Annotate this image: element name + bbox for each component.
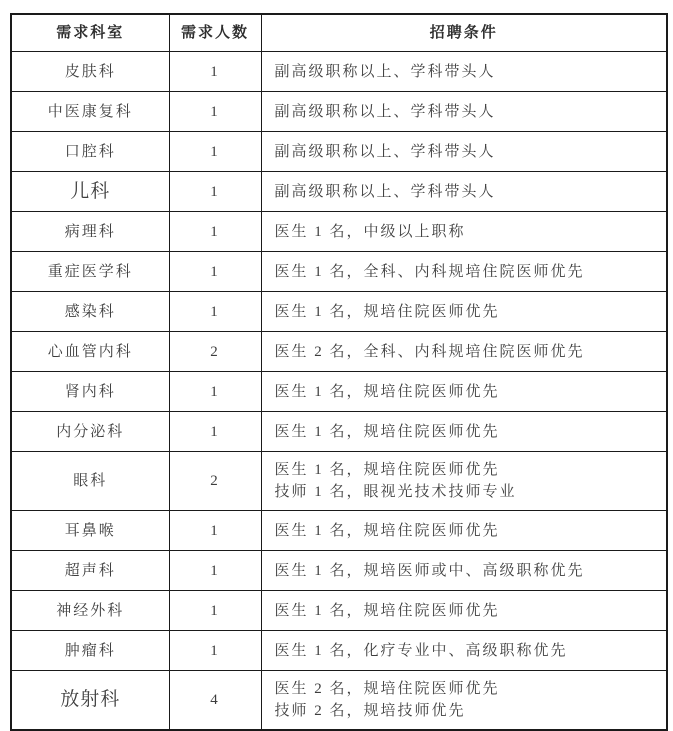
table-row: 放射科4医生 2 名，规培住院医师优先技师 2 名，规培技师优先: [11, 671, 667, 688]
department-cell: 口腔科: [11, 132, 169, 172]
condition-line: 医生 2 名，全科、内科规培住院医师优先: [275, 341, 659, 363]
department-cell: 肾内科: [11, 372, 169, 412]
recruitment-table: 需求科室 需求人数 招聘条件 皮肤科1副高级职称以上、学科带头人中医康复科1副高…: [10, 13, 668, 687]
condition-line: 副高级职称以上、学科带头人: [275, 101, 659, 123]
count-cell: 1: [169, 212, 261, 252]
department-cell: 感染科: [11, 292, 169, 332]
department-cell: 心血管内科: [11, 332, 169, 372]
department-cell: 重症医学科: [11, 252, 169, 292]
condition-line: 技师 1 名，眼视光技术技师专业: [275, 481, 659, 503]
table-row: 耳鼻喉1医生 1 名，规培住院医师优先: [11, 511, 667, 551]
table-row: 超声科1医生 1 名，规培医师或中、高级职称优先: [11, 551, 667, 591]
table-row: 肿瘤科1医生 1 名，化疗专业中、高级职称优先: [11, 631, 667, 671]
department-cell: 耳鼻喉: [11, 511, 169, 551]
table-header-row: 需求科室 需求人数 招聘条件: [11, 14, 667, 52]
table-body: 皮肤科1副高级职称以上、学科带头人中医康复科1副高级职称以上、学科带头人口腔科1…: [11, 52, 667, 688]
conditions-cell: 医生 1 名，规培住院医师优先: [261, 511, 667, 551]
condition-line: 医生 1 名，规培住院医师优先: [275, 301, 659, 323]
condition-line: 医生 2 名，规培住院医师优先: [275, 678, 659, 687]
conditions-cell: 医生 1 名，化疗专业中、高级职称优先: [261, 631, 667, 671]
table-row: 内分泌科1医生 1 名，规培住院医师优先: [11, 412, 667, 452]
department-cell: 眼科: [11, 452, 169, 511]
conditions-cell: 医生 1 名，规培住院医师优先技师 1 名，眼视光技术技师专业: [261, 452, 667, 511]
conditions-cell: 医生 1 名，规培住院医师优先: [261, 292, 667, 332]
department-cell: 放射科: [11, 671, 169, 688]
count-cell: 1: [169, 591, 261, 631]
table-row: 感染科1医生 1 名，规培住院医师优先: [11, 292, 667, 332]
condition-line: 医生 1 名，中级以上职称: [275, 221, 659, 243]
condition-line: 医生 1 名，化疗专业中、高级职称优先: [275, 640, 659, 662]
condition-line: 副高级职称以上、学科带头人: [275, 61, 659, 83]
table-row: 眼科2医生 1 名，规培住院医师优先技师 1 名，眼视光技术技师专业: [11, 452, 667, 511]
table-row: 口腔科1副高级职称以上、学科带头人: [11, 132, 667, 172]
table-row: 重症医学科1医生 1 名，全科、内科规培住院医师优先: [11, 252, 667, 292]
condition-line: 医生 1 名，全科、内科规培住院医师优先: [275, 261, 659, 283]
count-cell: 1: [169, 172, 261, 212]
department-cell: 病理科: [11, 212, 169, 252]
department-cell: 内分泌科: [11, 412, 169, 452]
count-cell: 4: [169, 671, 261, 688]
count-cell: 1: [169, 132, 261, 172]
table-row: 心血管内科2医生 2 名，全科、内科规培住院医师优先: [11, 332, 667, 372]
table-row: 中医康复科1副高级职称以上、学科带头人: [11, 92, 667, 132]
conditions-cell: 医生 1 名，规培住院医师优先: [261, 412, 667, 452]
condition-line: 副高级职称以上、学科带头人: [275, 181, 659, 203]
count-cell: 2: [169, 332, 261, 372]
table-row: 皮肤科1副高级职称以上、学科带头人: [11, 52, 667, 92]
conditions-cell: 副高级职称以上、学科带头人: [261, 92, 667, 132]
count-cell: 1: [169, 372, 261, 412]
count-cell: 1: [169, 412, 261, 452]
condition-line: 医生 1 名，规培住院医师优先: [275, 520, 659, 542]
count-cell: 1: [169, 92, 261, 132]
conditions-cell: 副高级职称以上、学科带头人: [261, 172, 667, 212]
count-cell: 1: [169, 551, 261, 591]
header-department: 需求科室: [11, 14, 169, 52]
condition-line: 医生 1 名，规培住院医师优先: [275, 459, 659, 481]
department-cell: 神经外科: [11, 591, 169, 631]
department-cell: 皮肤科: [11, 52, 169, 92]
count-cell: 2: [169, 452, 261, 511]
department-cell: 中医康复科: [11, 92, 169, 132]
condition-line: 医生 1 名，规培医师或中、高级职称优先: [275, 560, 659, 582]
department-cell: 超声科: [11, 551, 169, 591]
condition-line: 副高级职称以上、学科带头人: [275, 141, 659, 163]
conditions-cell: 医生 1 名，全科、内科规培住院医师优先: [261, 252, 667, 292]
condition-line: 医生 1 名，规培住院医师优先: [275, 421, 659, 443]
conditions-cell: 医生 1 名，规培住院医师优先: [261, 372, 667, 412]
conditions-cell: 医生 2 名，规培住院医师优先技师 2 名，规培技师优先: [261, 671, 667, 688]
count-cell: 1: [169, 511, 261, 551]
table-row: 肾内科1医生 1 名，规培住院医师优先: [11, 372, 667, 412]
count-cell: 1: [169, 252, 261, 292]
header-count: 需求人数: [169, 14, 261, 52]
condition-line: 医生 1 名，规培住院医师优先: [275, 600, 659, 622]
count-cell: 1: [169, 52, 261, 92]
table-row: 神经外科1医生 1 名，规培住院医师优先: [11, 591, 667, 631]
condition-line: 医生 1 名，规培住院医师优先: [275, 381, 659, 403]
count-cell: 1: [169, 292, 261, 332]
header-conditions: 招聘条件: [261, 14, 667, 52]
table-row: 病理科1医生 1 名，中级以上职称: [11, 212, 667, 252]
department-cell: 肿瘤科: [11, 631, 169, 671]
conditions-cell: 副高级职称以上、学科带头人: [261, 52, 667, 92]
table-row: 儿科1副高级职称以上、学科带头人: [11, 172, 667, 212]
conditions-cell: 医生 1 名，规培医师或中、高级职称优先: [261, 551, 667, 591]
conditions-cell: 医生 1 名，中级以上职称: [261, 212, 667, 252]
conditions-cell: 副高级职称以上、学科带头人: [261, 132, 667, 172]
department-cell: 儿科: [11, 172, 169, 212]
count-cell: 1: [169, 631, 261, 671]
conditions-cell: 医生 2 名，全科、内科规培住院医师优先: [261, 332, 667, 372]
conditions-cell: 医生 1 名，规培住院医师优先: [261, 591, 667, 631]
